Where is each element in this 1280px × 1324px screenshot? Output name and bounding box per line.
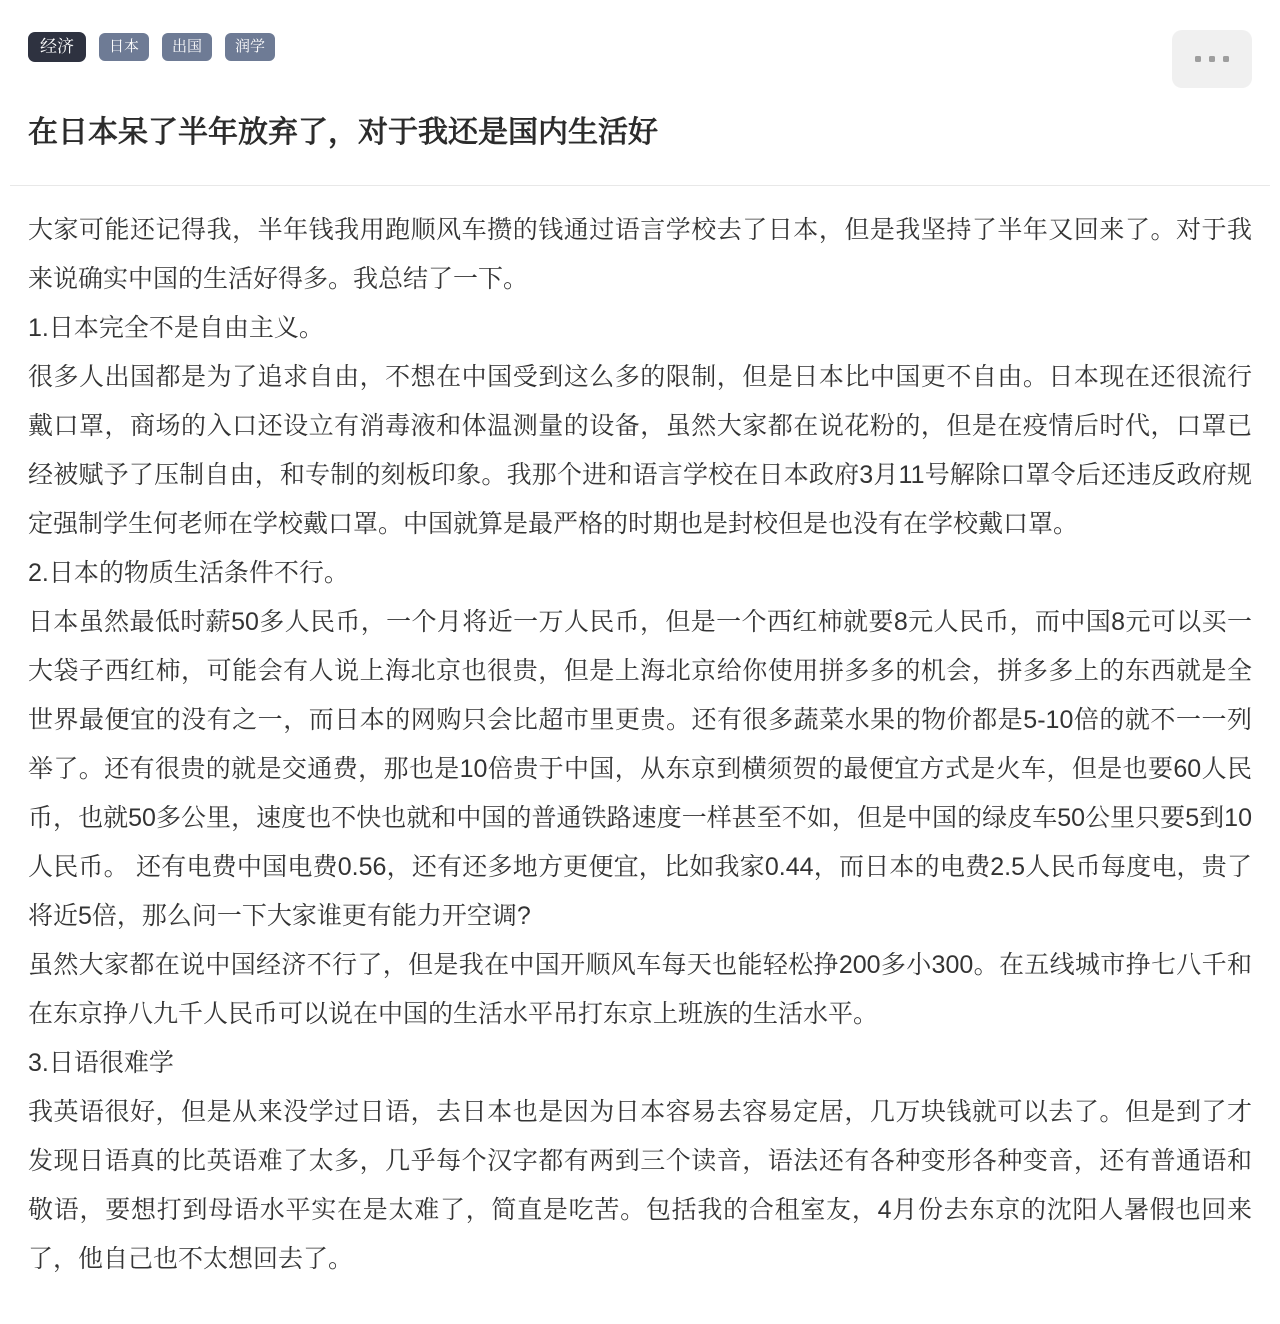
tag-japan[interactable]: 日本 (99, 33, 149, 61)
tag-runxue[interactable]: 润学 (225, 33, 275, 61)
post-header: 经济 日本 出国 润学 (28, 30, 1252, 88)
paragraph-point1-heading: 1.日本完全不是自由主义。 (28, 304, 1252, 353)
post-title: 在日本呆了半年放弃了，对于我还是国内生活好 (28, 111, 1252, 155)
paragraph-point3-body: 我英语很好，但是从来没学过日语，去日本也是因为日本容易去容易定居，几万块钱就可以… (28, 1088, 1252, 1284)
tag-list: 经济 日本 出国 润学 (28, 32, 275, 62)
ellipsis-icon (1209, 56, 1215, 62)
post-page: 经济 日本 出国 润学 在日本呆了半年放弃了，对于我还是国内生活好 大家可能还记… (0, 0, 1280, 1324)
paragraph-intro: 大家可能还记得我，半年钱我用跑顺风车攒的钱通过语言学校去了日本，但是我坚持了半年… (28, 206, 1252, 304)
paragraph-point3-heading: 3.日语很难学 (28, 1039, 1252, 1088)
paragraph-point2-heading: 2.日本的物质生活条件不行。 (28, 549, 1252, 598)
tag-going-abroad[interactable]: 出国 (162, 33, 212, 61)
title-divider (10, 185, 1270, 186)
tag-economy[interactable]: 经济 (28, 32, 86, 62)
paragraph-point2-extra: 虽然大家都在说中国经济不行了，但是我在中国开顺风车每天也能轻松挣200多小300… (28, 941, 1252, 1039)
more-options-button[interactable] (1172, 30, 1252, 88)
ellipsis-icon (1195, 56, 1201, 62)
paragraph-point2-body: 日本虽然最低时薪50多人民币，一个月将近一万人民币，但是一个西红柿就要8元人民币… (28, 598, 1252, 941)
ellipsis-icon (1223, 56, 1229, 62)
paragraph-point1-body: 很多人出国都是为了追求自由，不想在中国受到这么多的限制，但是日本比中国更不自由。… (28, 353, 1252, 549)
post-body: 大家可能还记得我，半年钱我用跑顺风车攒的钱通过语言学校去了日本，但是我坚持了半年… (28, 206, 1252, 1284)
